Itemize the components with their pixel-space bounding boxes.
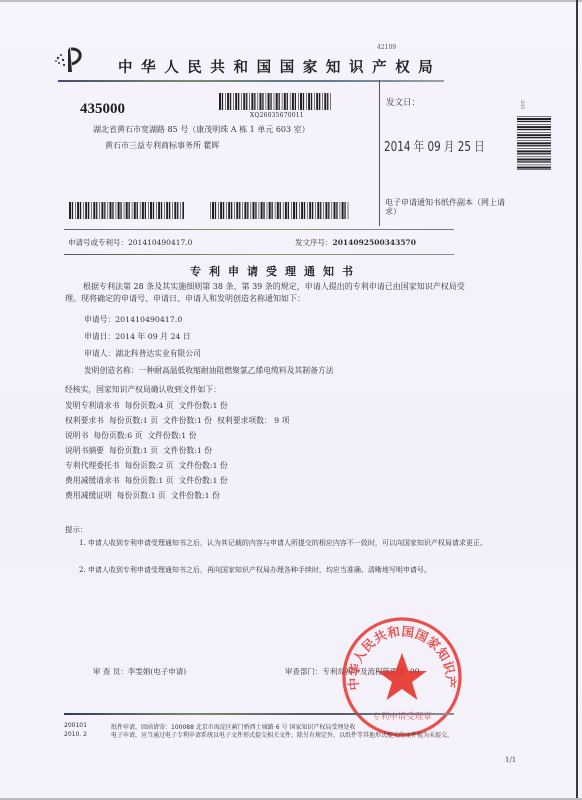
copy-count: 文件份数:1 份 bbox=[179, 401, 228, 410]
claim-count: 权利要求项数： 9 项 bbox=[217, 416, 289, 425]
document-list: 发明专利请求书每份页数:4 页文件份数:1 份权利要求书每份页数:1 页文件份数… bbox=[65, 400, 289, 505]
serial-number-line: 发文序号：2014092500343570 bbox=[295, 237, 416, 248]
field-label: 申请人： bbox=[84, 349, 115, 358]
document-row: 说明书每份页数:6 页文件份数:1 份 bbox=[65, 430, 289, 445]
document-row: 发明专利请求书每份页数:4 页文件份数:1 份 bbox=[65, 400, 289, 415]
barcode-left bbox=[69, 202, 184, 219]
document-row: 专利代理委托书每份页数:2 页文件份数:1 份 bbox=[65, 460, 289, 475]
page-count: 每份页数:1 页 bbox=[109, 446, 158, 455]
postcode: 435000 bbox=[80, 101, 125, 118]
field-label: 发明创造名称： bbox=[84, 366, 139, 375]
serial-number: 2014092500343570 bbox=[333, 238, 417, 247]
form-version: 2010. 2 bbox=[64, 731, 87, 738]
copy-count: 文件份数:1 份 bbox=[163, 446, 212, 455]
document-name: 费用减缓证明 bbox=[65, 491, 112, 500]
divider bbox=[64, 229, 454, 230]
serial-number-label: 发文序号： bbox=[295, 238, 333, 247]
header-rule bbox=[58, 80, 444, 82]
tip-item: 2. 申请人收到专利申请受理通知书之后，再向国家知识产权局办理各种手续时，均应当… bbox=[79, 565, 431, 575]
field-application-number: 申请号：201410490417.0 bbox=[84, 314, 182, 325]
recipient-address: 湖北省黄石市宽湖路 85 号（康茂明珠 A 栋 1 单元 603 室） bbox=[93, 124, 310, 135]
application-number-line: 申请号或专利号：201410490417.0 bbox=[68, 237, 192, 248]
notice-document: 42109 中华人民共和国国家知识产权局 435000 XQ2603567001… bbox=[0, 0, 582, 800]
document-row: 说明书摘要每份页数:1 页文件份数:1 份 bbox=[65, 445, 289, 460]
field-value: 201410490417.0 bbox=[115, 315, 182, 324]
tip-item: 1. 申请人收到专利申请受理通知书之后，认为其记载的内容与申请人所提交的相应内容… bbox=[65, 537, 505, 549]
field-label: 申请日： bbox=[84, 332, 115, 341]
field-invention-title: 发明创造名称：一种耐高温低收缩耐油阻燃聚氯乙烯电缆料及其制备方法 bbox=[84, 365, 334, 376]
footer-mail-instruction: 纸件申请，回函请寄：100088 北京市海淀区蓟门桥西土城路 6 号 国家知识产… bbox=[111, 722, 355, 731]
copy-count: 文件份数:1 份 bbox=[179, 461, 228, 470]
page-count: 每份页数:2 页 bbox=[125, 461, 174, 470]
document-name: 专利代理委托书 bbox=[65, 461, 120, 470]
footer-rule bbox=[64, 713, 454, 715]
agency-title: 中华人民共和国国家知识产权局 bbox=[118, 56, 441, 77]
side-code: 331 bbox=[519, 100, 525, 110]
barcode-right bbox=[210, 202, 349, 219]
field-value: 2014 年 09 月 24 日 bbox=[115, 332, 190, 341]
document-row: 费用减缓请求书每份页数:1 页文件份数:1 份 bbox=[65, 475, 289, 490]
copy-type: 电子申请通知书纸件副本（网上请求） bbox=[385, 198, 505, 216]
field-application-date: 申请日：2014 年 09 月 24 日 bbox=[84, 331, 191, 342]
page-count: 每份页数:1 页 bbox=[117, 491, 166, 500]
barcode-text: XQ26035670011 bbox=[250, 112, 304, 119]
dispatch-date: 2014 年 09 月 25 日 bbox=[384, 136, 485, 155]
field-value: 湖北科普达实业有限公司 bbox=[115, 349, 201, 358]
document-name: 费用减缓请求书 bbox=[65, 476, 120, 485]
field-label: 申请号： bbox=[84, 315, 115, 324]
document-title: 专利申请受理通知书 bbox=[190, 263, 361, 279]
scan-border-top bbox=[0, 0, 582, 2]
examiner: 审 查 员：李雯娟(电子申请) bbox=[93, 666, 186, 677]
document-name: 说明书 bbox=[65, 431, 88, 440]
document-row: 权利要求书每份页数:1 页文件份数:1 份权利要求项数： 9 项 bbox=[65, 415, 289, 430]
field-applicant: 申请人：湖北科普达实业有限公司 bbox=[84, 348, 201, 359]
document-row: 费用减缓证明每份页数:1 页文件份数:1 份 bbox=[65, 490, 289, 505]
field-value: 一种耐高温低收缩耐油阻燃聚氯乙烯电缆料及其制备方法 bbox=[139, 366, 334, 375]
recipient-agent: 黄石市三益专利商标事务所 瞿晖 bbox=[105, 140, 220, 151]
form-number: 200101 bbox=[64, 722, 87, 729]
copy-count: 文件份数:1 份 bbox=[171, 491, 220, 500]
page-count: 每份页数:6 页 bbox=[93, 431, 142, 440]
application-number-label: 申请号或专利号： bbox=[68, 238, 128, 247]
official-seal-icon: 中华人民共和国国家知识产权局 专利申请受理章 bbox=[340, 615, 464, 739]
barcode-recipient bbox=[219, 93, 331, 110]
document-name: 权利要求书 bbox=[65, 416, 104, 425]
copy-count: 文件份数:1 份 bbox=[163, 416, 212, 425]
divider bbox=[64, 254, 454, 255]
page-count: 每份页数:4 页 bbox=[125, 401, 174, 410]
page-number: 1/1 bbox=[505, 756, 516, 764]
footer-electronic-instruction: 电子申请，应当通过电子专利申请系统以电子文件形式提交相关文件。除另有规定外，以纸… bbox=[111, 731, 461, 740]
application-number: 201410490417.0 bbox=[128, 238, 192, 247]
copy-count: 文件份数:1 份 bbox=[179, 476, 228, 485]
sipo-logo-icon bbox=[50, 44, 86, 74]
copy-count: 文件份数:1 份 bbox=[147, 431, 196, 440]
page-count: 每份页数:1 页 bbox=[109, 416, 158, 425]
tips-heading: 提示： bbox=[65, 524, 88, 535]
side-barcode bbox=[517, 116, 551, 170]
dispatch-date-label: 发文日： bbox=[386, 96, 420, 108]
header-divider bbox=[379, 80, 380, 226]
page-count: 每份页数:1 页 bbox=[125, 476, 174, 485]
document-name: 说明书摘要 bbox=[65, 446, 104, 455]
confirm-heading: 经核实，国家知识产权局确认收到文件如下： bbox=[65, 384, 221, 395]
form-code: 42109 bbox=[377, 44, 396, 51]
intro-paragraph: 根据专利法第 28 条及其实施细则第 38 条、第 39 条的规定，申请人提出的… bbox=[65, 281, 465, 305]
scan-border-right bbox=[576, 0, 578, 800]
document-name: 发明专利请求书 bbox=[65, 401, 120, 410]
